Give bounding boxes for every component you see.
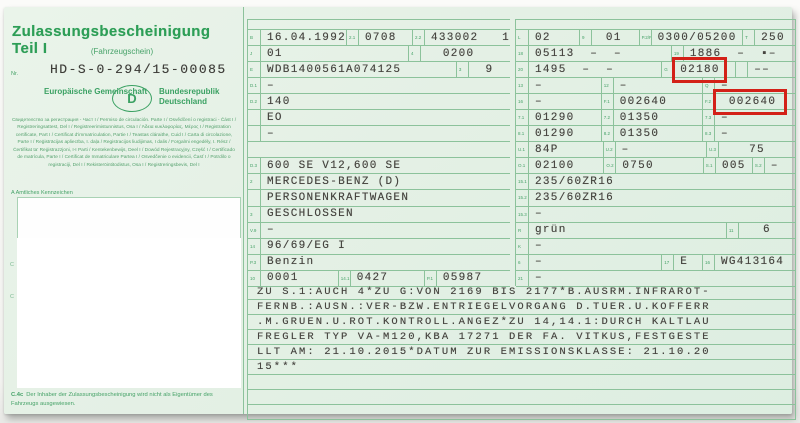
table-row [248,142,510,158]
page-subtitle: (Fahrzeugschein) [4,47,240,56]
field-label: 17 [661,255,674,270]
field-value: – [261,128,510,140]
field-c-mark: C [10,262,14,268]
table-row: D.3600 SE V12,600 SE [248,158,510,174]
table-row: U.184PU.2–U.375 [516,142,795,158]
field-label: 10 [248,271,261,286]
field-value: 02100 [529,160,603,172]
field-value: WG413164 [715,256,795,268]
field-value: 84P [529,144,603,156]
field-label: B [248,30,261,45]
field-label: 7.2 [601,110,614,125]
field-label: 20 [516,62,529,77]
field-label: 15.2 [516,190,529,205]
table-row: 6–17E16WG413164 [516,255,795,271]
field-value: 02 [529,32,579,44]
field-label: P.1 [424,271,437,286]
remark-line: LLT AM: 21.10.2015*DATUM ZUR EMISSIONSKL… [248,345,795,360]
field-label: 11 [726,223,739,238]
field-value: 05113 – – [529,48,671,60]
remark-line: ZU S.1:AUCH 4*ZU G:VON 2169 BIS 2177*B.A… [248,285,795,300]
table-row: Rgrün116 [516,223,795,239]
field-label [248,110,261,125]
table-row: EWDB1400561A07412539 [248,62,510,78]
remark-line: .M.GRUEN.U.ROT.KONTROLL.ANGEZ*ZU 14,14.1… [248,315,795,330]
field-value-highlighted: 002640 [715,96,795,108]
field-value: EO [261,112,510,124]
field-label: 15.1 [516,174,529,189]
table-row: 1496/69/EG I [248,239,510,255]
remark-line: 15*** [248,360,795,375]
table-row: PERSONENKRAFTWAGEN [248,190,510,206]
field-value: 75 [719,144,795,156]
table-row: L029 01P.2/P.40300/05200T250 [516,30,795,46]
field-label: 2.2 [412,30,425,45]
field-value: 002640 [614,96,702,108]
table-row: 8.1012908.2013508.3– [516,126,795,142]
field-value: 01350 [614,128,702,140]
table-row: 15.3– [516,207,795,223]
owner-note: C.4c Der Inhaber der Zulassungsbescheini… [11,391,236,408]
field-label: O.2 [603,158,616,173]
country-label: Bundesrepublik Deutschland [159,87,243,108]
field-value: 0750 [616,160,702,172]
remark-text: .M.GRUEN.U.ROT.KONTROLL.ANGEZ*ZU 14,14.1… [248,316,711,328]
field-value: Benzin [261,256,510,268]
field-label: 9 [579,30,592,45]
remark-text: LLT AM: 21.10.2015*DATUM ZUR EMISSIONSKL… [248,346,711,358]
field-value-highlighted: 02180 [674,64,735,76]
field-label: D.1 [248,78,261,93]
vehicle-registration-document: Zulassungsbescheinigung Teil I (Fahrzeug… [4,7,792,414]
field-value: – [529,272,795,284]
multilingual-legal-text: Свидетелство за регистрация - Част I / P… [10,117,238,169]
field-label: J [248,46,261,61]
field-label: O.1 [516,158,529,173]
field-label: 6 [516,255,529,270]
field-value: 433002 1 [425,32,510,44]
field-label: S.1 [703,158,716,173]
field-label: 18 [516,46,529,61]
remark-text: FERNB.:AUSN.:VER-BZW.ENTRIEGELVORGANG D.… [248,301,711,313]
table-row: D.2140 [248,94,510,110]
remark-text: ZU S.1:AUCH 4*ZU G:VON 2169 BIS 2177*B.A… [248,286,711,298]
field-value: E [674,256,702,268]
field-label: K [516,239,529,254]
field-value: 9 [469,64,510,76]
field-value: GESCHLOSSEN [261,208,510,220]
field-label [248,126,261,141]
owner-redacted-box [17,238,241,388]
field-label: 2.1 [346,30,359,45]
field-label: 14 [248,239,261,254]
field-label: R [516,223,529,238]
field-label: 7.1 [516,110,529,125]
field-value: – [529,208,795,220]
field-label: E [248,62,261,77]
table-row: K– [516,239,795,255]
field-label: F.1 [601,94,614,109]
remark-text: 15*** [248,361,299,373]
field-value: – [529,256,661,268]
field-label: L [516,30,529,45]
table-row: 15.1235/60ZR16 [516,174,795,190]
field-value: 16.04.1992 [261,32,346,44]
field-label: 12 [601,78,614,93]
right-column-table: L029 01P.2/P.40300/05200T2501805113 – –1… [515,19,796,286]
field-value: – [715,128,795,140]
owner-note-text: Der Inhaber der Zulassungsbescheinigung … [11,392,213,407]
field-value: – [529,240,795,252]
table-row: D.1– [248,78,510,94]
remark-line [248,405,795,420]
field-label: D.3 [248,158,261,173]
field-value: – [261,224,510,236]
table-row: – [248,126,510,142]
table-row: 16–F.1002640F.2 002640 [516,94,795,110]
remark-line: FERNB.:AUSN.:VER-BZW.ENTRIEGELVORGANG D.… [248,300,795,315]
table-row: P.3Benzin [248,255,510,271]
table-row: 1805113 – –191886 – ▪– [516,46,795,62]
field-label: 16 [702,255,715,270]
table-row: O.102100O.20750S.1005S.2– [516,158,795,174]
field-value: 01290 [529,112,601,124]
field-value: WDB1400561A074125 [261,64,456,76]
field-value: – [616,144,706,156]
field-value: PERSONENKRAFTWAGEN [261,192,510,204]
field-value: 600 SE V12,600 SE [261,160,510,172]
table-spacer-row [516,20,795,30]
field-value: 005 [716,160,752,172]
field-label: 8.3 [702,126,715,141]
field-value: 0427 [351,272,424,284]
table-row: EO [248,110,510,126]
field-label: 15.3 [516,207,529,222]
field-value: – [765,160,795,172]
field-value: –– [748,64,795,76]
field-label [248,190,261,205]
field-value: 01 [592,32,639,44]
field-value: 01290 [529,128,601,140]
field-value: 0300/05200 [652,32,743,44]
field-value: 01 [261,48,408,60]
field-value: 05987 [437,272,510,284]
table-row: 2MERCEDES-BENZ (D) [248,174,510,190]
field-label: U.2 [603,142,616,157]
field-label: V.9 [248,223,261,238]
field-label: S.2 [752,158,765,173]
field-label: 3 [248,207,261,222]
field-label [735,62,748,77]
field-label: 3 [456,62,469,77]
remark-line: FREGLER TYP VA-M120,KBA 17271 DER FA. VI… [248,330,795,345]
remark-line [248,375,795,390]
table-row: 201495 – –G02180–– [516,62,795,78]
field-value: 1495 – – [529,64,661,76]
table-row: 15.2235/60ZR16 [516,190,795,206]
field-value: 0200 [421,48,510,60]
document-number: HD-S-0-294/15-00085 [50,62,227,77]
field-value: 140 [261,96,510,108]
field-value: – [529,96,601,108]
field-label: 4 [408,46,421,61]
field-label: 8.2 [601,126,614,141]
field-label: 14.1 [338,271,351,286]
field-value: 01350 [614,112,702,124]
nr-label: Nr. [11,71,18,77]
table-row: V.9– [248,223,510,239]
table-row: 3GESCHLOSSEN [248,207,510,223]
country-d-oval-icon: D [112,85,152,112]
field-value: 235/60ZR16 [529,176,795,188]
field-value: 250 [755,32,795,44]
field-value: grün [529,224,726,236]
field-value: 6 [739,224,795,236]
field-label: U.3 [706,142,719,157]
field-label: 2 [248,174,261,189]
field-value: 0001 [261,272,338,284]
document-header-column: Zulassungsbescheinigung Teil I (Fahrzeug… [4,7,244,414]
field-label: 8.1 [516,126,529,141]
field-label: P.2/P.4 [639,30,652,45]
field-c-mark: C [10,294,14,300]
remark-line [248,390,795,405]
remark-text: FREGLER TYP VA-M120,KBA 17271 DER FA. VI… [248,331,711,343]
table-row: B16.04.19922.107082.2433002 1 [248,30,510,46]
field-value: 235/60ZR16 [529,192,795,204]
middle-column-table: B16.04.19922.107082.2433002 1J014 0200EW… [247,19,510,286]
owner-note-tag: C.4c [11,391,23,400]
field-label: P.3 [248,255,261,270]
field-value: MERCEDES-BENZ (D) [261,176,510,188]
field-label: 13 [516,78,529,93]
field-value: – [261,80,510,92]
table-row: J014 0200 [248,46,510,62]
plate-redacted-box [17,197,241,239]
table-spacer-row [248,20,510,30]
field-label: 16 [516,94,529,109]
field-value: 0708 [359,32,412,44]
remarks-section: ZU S.1:AUCH 4*ZU G:VON 2169 BIS 2177*B.A… [247,285,796,420]
field-value: – [529,80,601,92]
plate-field-label: A Amtliches Kennzeichen [11,190,73,196]
field-label: 21 [516,271,529,286]
field-label: T [742,30,755,45]
field-value: 96/69/EG I [261,240,510,252]
field-label: U.1 [516,142,529,157]
field-label: D.2 [248,94,261,109]
